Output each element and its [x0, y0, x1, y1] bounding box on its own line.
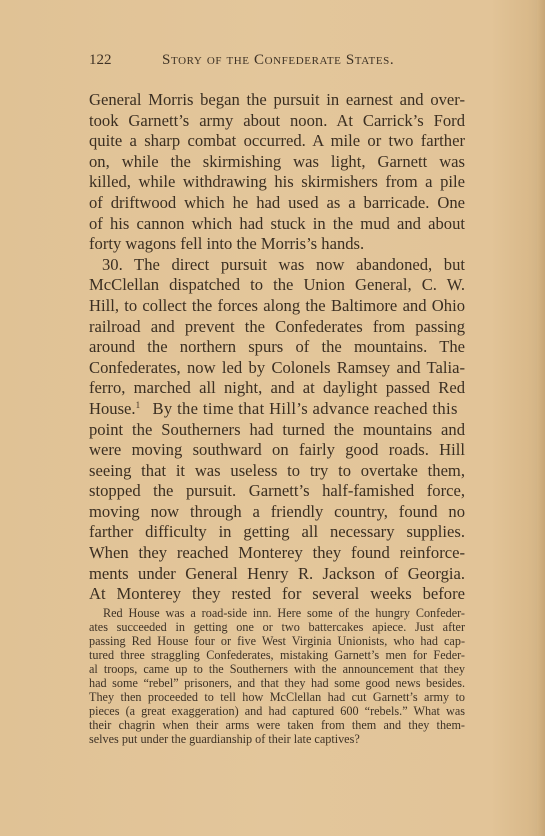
- page-number: 122: [89, 52, 112, 69]
- footnote-line: selves put under the guardianship of the…: [89, 732, 465, 746]
- footnote-line: pieces (a great exaggeration) and had ca…: [89, 704, 465, 718]
- text-line: railroad and prevent the Confederates fr…: [89, 317, 465, 338]
- text-line: ments under General Henry R. Jackson of …: [89, 564, 465, 585]
- footnote-line: ates succeeded in getting one or two bat…: [89, 620, 465, 634]
- text-line: seeing that it was useless to try to ove…: [89, 461, 465, 482]
- text-line: moving now through a friendly country, f…: [89, 502, 465, 523]
- text-line: on, while the skirmishing was light, Gar…: [89, 152, 465, 173]
- text-line: Confederates, now led by Colonels Ramsey…: [89, 358, 465, 379]
- footnote-marker: 1: [136, 400, 141, 410]
- book-page: 122 Story of the Confederate States. Gen…: [0, 0, 545, 836]
- page-header: 122 Story of the Confederate States.: [89, 52, 469, 70]
- text-line: forty wagons fell into the Morris’s hand…: [89, 234, 465, 255]
- footnote-line: They then proceeded to tell how McClella…: [89, 690, 465, 704]
- page-edge-shadow: [537, 0, 545, 836]
- text-line: around the northern spurs of the mountai…: [89, 337, 465, 358]
- text-line: quite a sharp combat occurred. A mile or…: [89, 131, 465, 152]
- footnote-line: Red House was a road-side inn. Here some…: [89, 606, 465, 620]
- text-line: point the Southerners had turned the mou…: [89, 420, 465, 441]
- text-line: ferro, marched all night, and at dayligh…: [89, 378, 465, 399]
- text-line: took Garnett’s army about noon. At Carri…: [89, 111, 465, 132]
- text-line: 30. The direct pursuit was now abandoned…: [89, 255, 465, 276]
- text-line: of his cannon which had stuck in the mud…: [89, 214, 465, 235]
- footnote: Red House was a road-side inn. Here some…: [89, 606, 465, 746]
- footnote-line: tured three straggling Confederates, mis…: [89, 648, 465, 662]
- text-line: When they reached Monterey they found re…: [89, 543, 465, 564]
- footnote-line: passing Red House four or five West Virg…: [89, 634, 465, 648]
- footnote-line: had some “rebel” prisoners, and that the…: [89, 676, 465, 690]
- text-line: were moving southward on fairly good roa…: [89, 440, 465, 461]
- text-line: General Morris began the pursuit in earn…: [89, 90, 465, 111]
- text-line: farther difficulty in getting all necess…: [89, 522, 465, 543]
- main-text: General Morris began the pursuit in earn…: [89, 90, 465, 605]
- text-line: At Monterey they rested for several week…: [89, 584, 465, 605]
- running-title: Story of the Confederate States.: [162, 52, 394, 69]
- text-line-with-footnote: House.1 By the time that Hill’s advance …: [89, 399, 465, 420]
- text-line: of driftwood which he had used as a barr…: [89, 193, 465, 214]
- footnote-line: their chagrin when their arms were taken…: [89, 718, 465, 732]
- text-line: McClellan dispatched to the Union Genera…: [89, 275, 465, 296]
- footnote-line: al troops, came up to the Southerners wi…: [89, 662, 465, 676]
- text-line: killed, while withdrawing his skirmisher…: [89, 172, 465, 193]
- text-line: Hill, to collect the forces along the Ba…: [89, 296, 465, 317]
- text-fragment: By the time that Hill’s advance reached …: [153, 399, 458, 418]
- text-line: stopped the pursuit. Garnett’s half-fami…: [89, 481, 465, 502]
- text-fragment: House.: [89, 399, 136, 418]
